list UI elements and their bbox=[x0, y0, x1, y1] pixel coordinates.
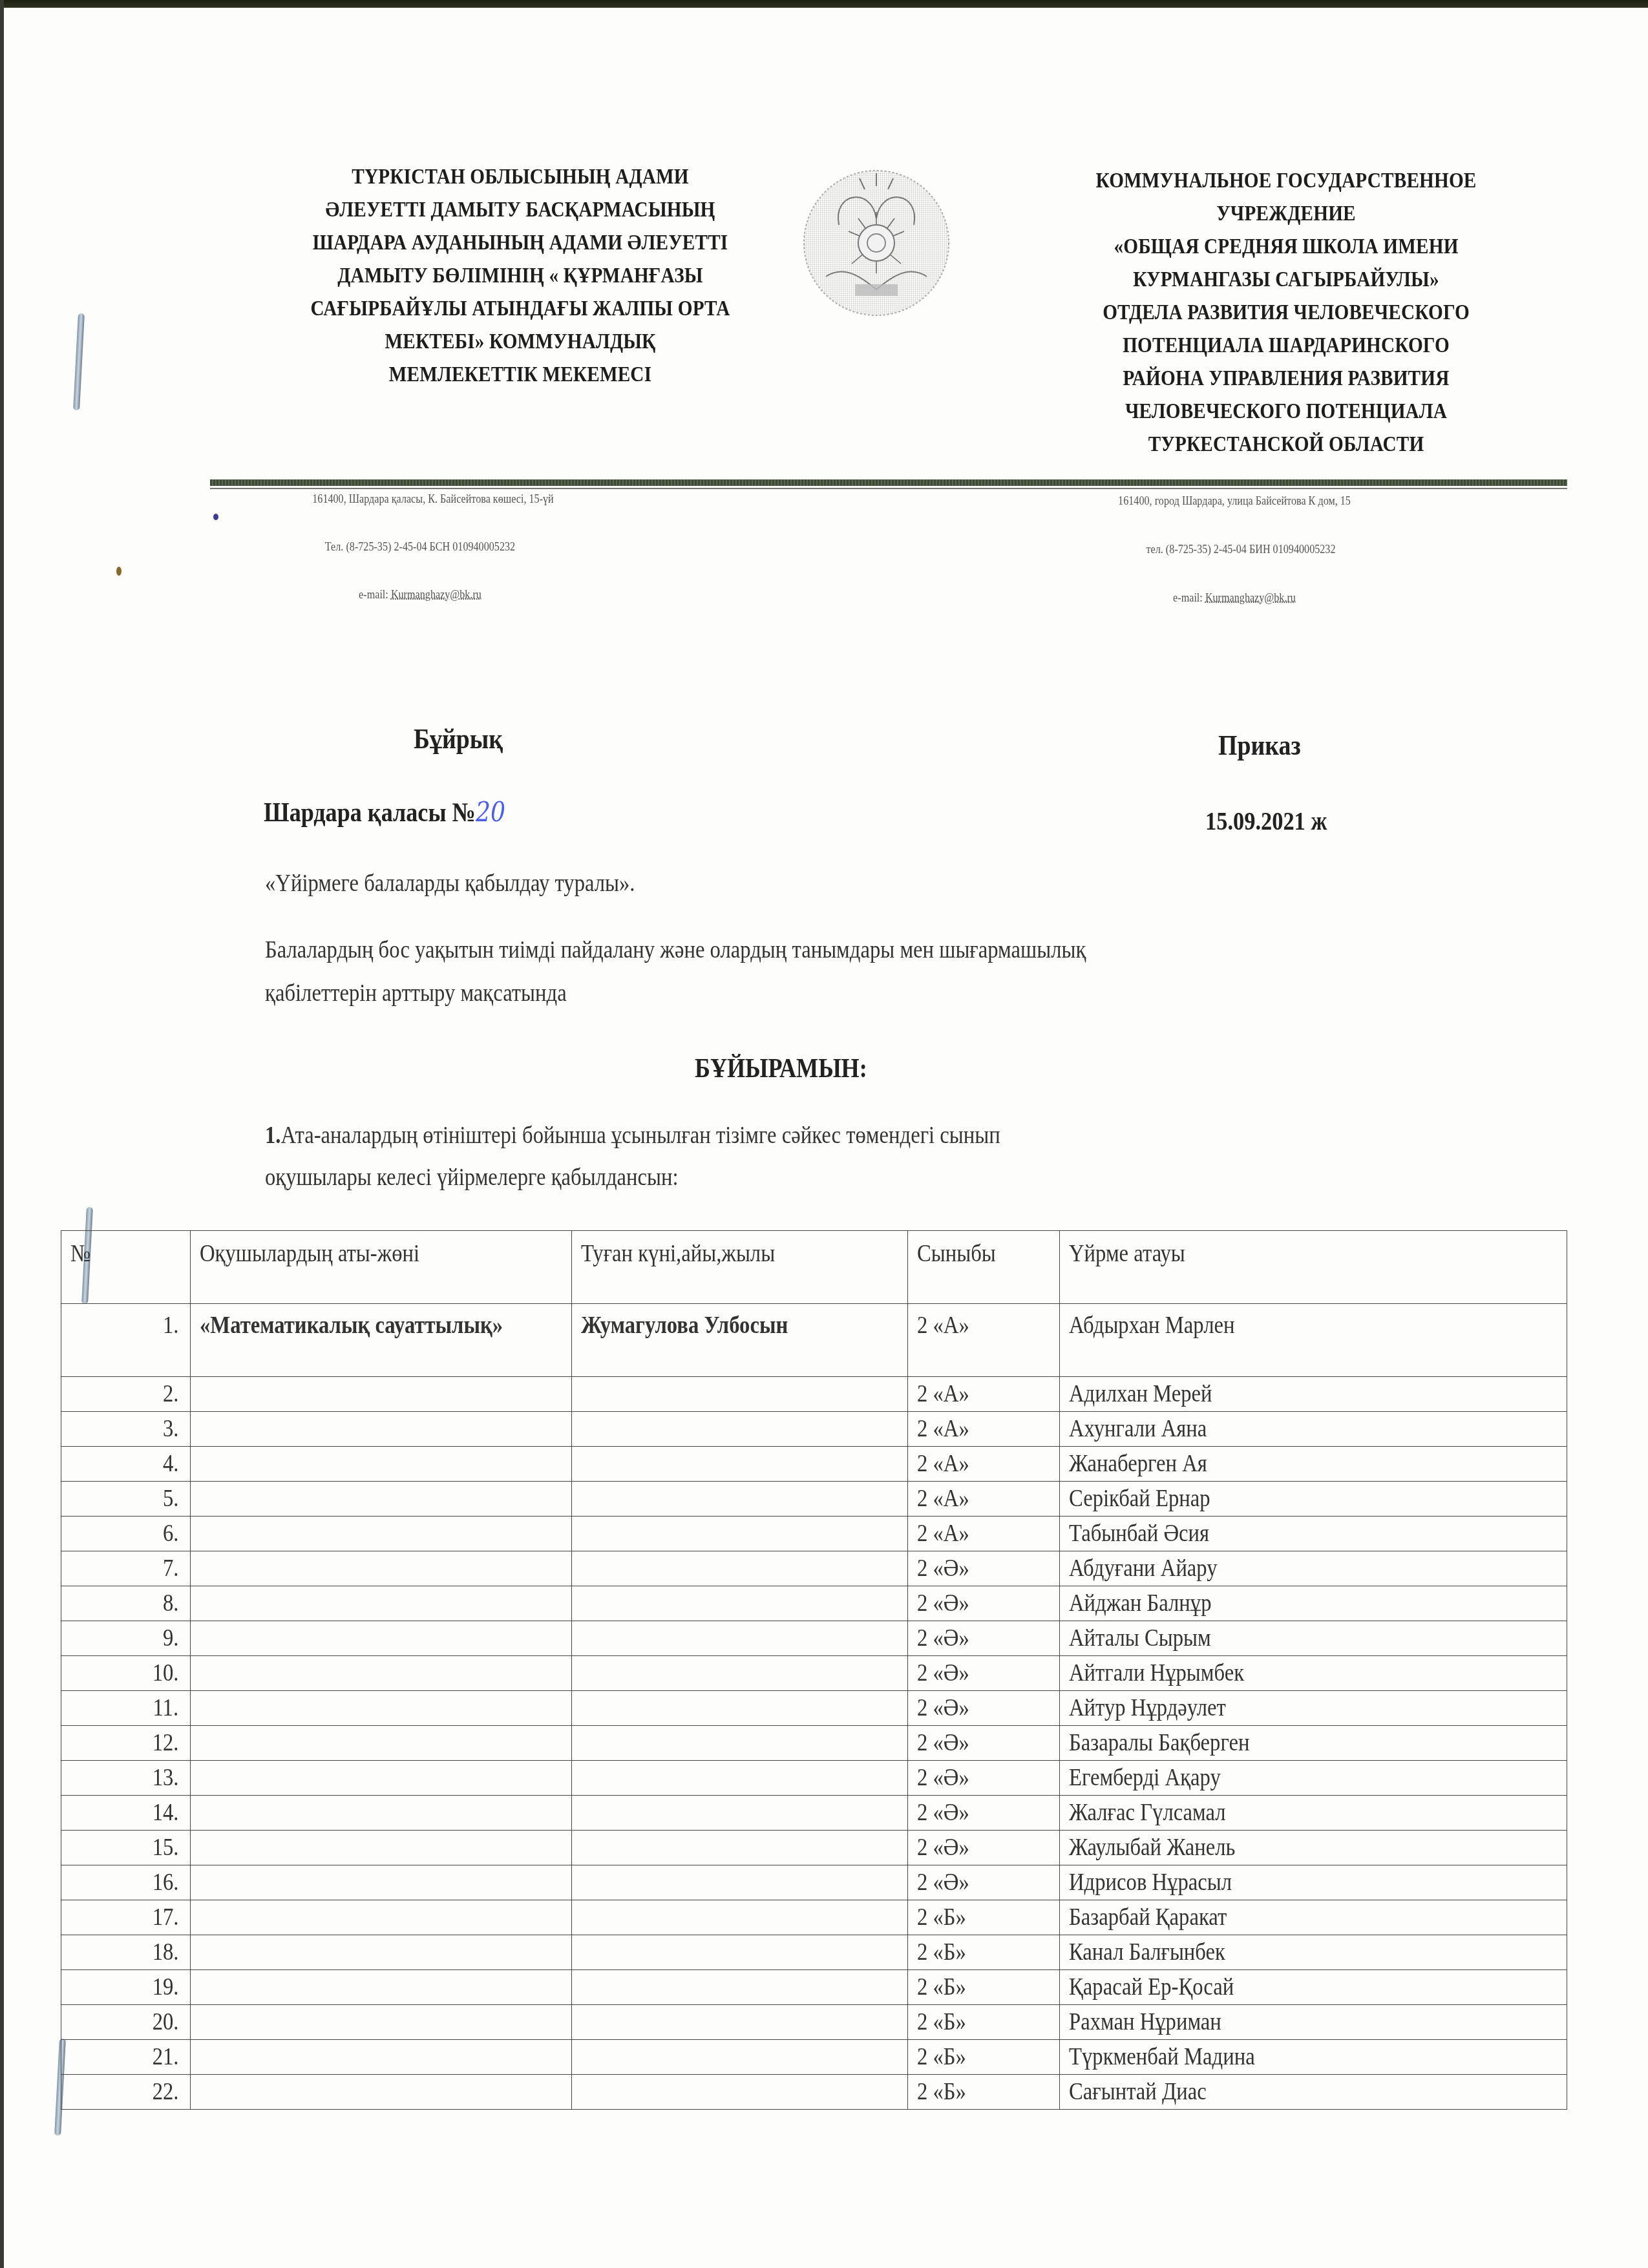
class-cell: 2 «Б» bbox=[908, 2005, 1060, 2040]
teacher-name-cell bbox=[572, 2075, 908, 2110]
row-number: 14. bbox=[61, 1796, 191, 1831]
club-title-cell bbox=[191, 1761, 572, 1796]
table-row: 10.2 «Ә»Айтгали Нұрымбек bbox=[61, 1656, 1567, 1691]
teacher-name-cell bbox=[572, 1656, 908, 1691]
club-title-cell bbox=[191, 1900, 572, 1935]
table-row: 6.2 «А»Табынбай Әсия bbox=[61, 1517, 1567, 1551]
row-number: 2. bbox=[61, 1377, 191, 1412]
class-cell: 2 «Ә» bbox=[908, 1865, 1060, 1900]
teacher-name-cell: Жумагулова Улбосын bbox=[572, 1304, 908, 1377]
header-student-name: Оқушылардың аты-жөні bbox=[191, 1231, 572, 1304]
club-title-cell bbox=[191, 1691, 572, 1726]
header-divider-thin bbox=[210, 488, 1567, 489]
email-link-left[interactable]: Kurmanghazy@bk.ru bbox=[391, 588, 481, 602]
phone-right: тел. (8-725-35) 2-45-04 БИН 010940005232 bbox=[1109, 543, 1373, 557]
class-cell: 2 «Б» bbox=[908, 1935, 1060, 1970]
club-title-cell bbox=[191, 2005, 572, 2040]
table-header-row: № Оқушылардың аты-жөні Туған күні,айы,жы… bbox=[61, 1231, 1567, 1304]
dirt-speck bbox=[116, 567, 121, 576]
row-number: 22. bbox=[61, 2075, 191, 2110]
teacher-name-cell bbox=[572, 1412, 908, 1447]
table-row: 9.2 «Ә»Айталы Сырым bbox=[61, 1621, 1567, 1656]
org-name-russian: КОММУНАЛЬНОЕ ГОСУДАРСТВЕННОЕ УЧРЕЖДЕНИЕ … bbox=[1008, 164, 1564, 461]
table-row: 21.2 «Б»Түркменбай Мадина bbox=[61, 2040, 1567, 2075]
teacher-name-cell bbox=[572, 2040, 908, 2075]
class-cell: 2 «Б» bbox=[908, 2040, 1060, 2075]
student-name-cell: Канал Балғынбек bbox=[1060, 1935, 1567, 1970]
org-name-kazakh: ТҮРКІСТАН ОБЛЫСЫНЫҢ АДАМИ ӘЛЕУЕТТІ ДАМЫТ… bbox=[257, 160, 785, 391]
row-number: 13. bbox=[61, 1761, 191, 1796]
handwritten-order-number: 20 bbox=[476, 796, 505, 828]
class-cell: 2 «Ә» bbox=[908, 1761, 1060, 1796]
email-link-right[interactable]: Kurmanghazy@bk.ru bbox=[1205, 591, 1296, 605]
club-title-cell bbox=[191, 1482, 572, 1517]
row-number: 21. bbox=[61, 2040, 191, 2075]
ink-speck bbox=[213, 514, 218, 520]
class-cell: 2 «А» bbox=[908, 1482, 1060, 1517]
club-title-cell bbox=[191, 2075, 572, 2110]
class-cell: 2 «Ә» bbox=[908, 1551, 1060, 1586]
teacher-name-cell bbox=[572, 1761, 908, 1796]
class-cell: 2 «А» bbox=[908, 1412, 1060, 1447]
teacher-name-cell bbox=[572, 1726, 908, 1761]
row-number: 11. bbox=[61, 1691, 191, 1726]
address-left: 161400, Шардара қаласы, К. Байсейтова кө… bbox=[279, 492, 587, 507]
class-cell: 2 «Б» bbox=[908, 2075, 1060, 2110]
student-name-cell: Қарасай Ер-Қосай bbox=[1060, 1970, 1567, 2005]
header-number: № bbox=[61, 1231, 191, 1304]
class-cell: 2 «А» bbox=[908, 1517, 1060, 1551]
student-name-cell: Серікбай Ернар bbox=[1060, 1482, 1567, 1517]
row-number: 6. bbox=[61, 1517, 191, 1551]
row-number: 12. bbox=[61, 1726, 191, 1761]
student-name-cell: Айтгали Нұрымбек bbox=[1060, 1656, 1567, 1691]
teacher-name-cell bbox=[572, 1691, 908, 1726]
teacher-name-cell bbox=[572, 1586, 908, 1621]
table-row: 3.2 «А»Ахунгали Аяна bbox=[61, 1412, 1567, 1447]
student-name-cell: Егемберді Ақару bbox=[1060, 1761, 1567, 1796]
teacher-name-cell bbox=[572, 1482, 908, 1517]
email-left: e-mail: Kurmanghazy@bk.ru bbox=[294, 588, 547, 602]
class-cell: 2 «Ә» bbox=[908, 1726, 1060, 1761]
class-cell: 2 «Ә» bbox=[908, 1586, 1060, 1621]
class-cell: 2 «А» bbox=[908, 1377, 1060, 1412]
student-name-cell: Сағынтай Диас bbox=[1060, 2075, 1567, 2110]
club-title-cell bbox=[191, 1831, 572, 1865]
club-title-cell bbox=[191, 1447, 572, 1482]
row-number: 1. bbox=[61, 1304, 191, 1377]
class-cell: 2 «А» bbox=[908, 1304, 1060, 1377]
table-row: 22.2 «Б»Сағынтай Диас bbox=[61, 2075, 1567, 2110]
table-row: 17.2 «Б»Базарбай Қаракат bbox=[61, 1900, 1567, 1935]
item-1-line-2: оқушылары келесі үйірмелерге қабылдансын… bbox=[265, 1163, 679, 1192]
student-name-cell: Адилхан Мерей bbox=[1060, 1377, 1567, 1412]
address-right: 161400, город Шардара, улица Байсейтова … bbox=[1075, 494, 1394, 509]
decree-heading: БҰЙЫРАМЫН: bbox=[695, 1053, 867, 1084]
order-subject: «Үйірмеге балаларды қабылдау туралы». bbox=[265, 869, 635, 898]
student-name-cell: Жанаберген Ая bbox=[1060, 1447, 1567, 1482]
row-number: 16. bbox=[61, 1865, 191, 1900]
students-table: № Оқушылардың аты-жөні Туған күні,айы,жы… bbox=[61, 1230, 1567, 2110]
header-divider-thick bbox=[210, 479, 1567, 486]
student-name-cell: Абдуғани Айару bbox=[1060, 1551, 1567, 1586]
order-date: 15.09.2021 ж bbox=[1205, 806, 1327, 836]
staple-mark bbox=[73, 313, 85, 410]
preamble-line-2: қабілеттерін арттыру мақсатында bbox=[265, 979, 567, 1007]
table-row: 13.2 «Ә»Егемберді Ақару bbox=[61, 1761, 1567, 1796]
student-name-cell: Абдырхан Марлен bbox=[1060, 1304, 1567, 1377]
teacher-name-cell bbox=[572, 1447, 908, 1482]
table-row: 19.2 «Б»Қарасай Ер-Қосай bbox=[61, 1970, 1567, 2005]
row-number: 10. bbox=[61, 1656, 191, 1691]
table-row: 15.2 «Ә»Жаулыбай Жанель bbox=[61, 1831, 1567, 1865]
club-title-cell bbox=[191, 1586, 572, 1621]
teacher-name-cell bbox=[572, 1935, 908, 1970]
row-number: 9. bbox=[61, 1621, 191, 1656]
class-cell: 2 «Б» bbox=[908, 1900, 1060, 1935]
state-emblem-icon bbox=[800, 167, 953, 319]
class-cell: 2 «А» bbox=[908, 1447, 1060, 1482]
club-title-cell bbox=[191, 1656, 572, 1691]
scan-edge-top bbox=[0, 0, 1648, 8]
student-name-cell: Айджан Балнұр bbox=[1060, 1586, 1567, 1621]
student-name-cell: Жалғас Гүлсамал bbox=[1060, 1796, 1567, 1831]
row-number: 15. bbox=[61, 1831, 191, 1865]
class-cell: 2 «Ә» bbox=[908, 1796, 1060, 1831]
class-cell: 2 «Ә» bbox=[908, 1621, 1060, 1656]
student-name-cell: Базаралы Бақберген bbox=[1060, 1726, 1567, 1761]
class-cell: 2 «Ә» bbox=[908, 1691, 1060, 1726]
student-name-cell: Айтур Нұрдәулет bbox=[1060, 1691, 1567, 1726]
header-birth-date: Туған күні,айы,жылы bbox=[572, 1231, 908, 1304]
teacher-name-cell bbox=[572, 1900, 908, 1935]
club-title-cell bbox=[191, 1970, 572, 2005]
header-club-name: Үйрме атауы bbox=[1060, 1231, 1567, 1304]
club-title-cell bbox=[191, 1865, 572, 1900]
student-name-cell: Жаулыбай Жанель bbox=[1060, 1831, 1567, 1865]
teacher-name-cell bbox=[572, 1551, 908, 1586]
class-cell: 2 «Б» bbox=[908, 1970, 1060, 2005]
email-right: e-mail: Kurmanghazy@bk.ru bbox=[1119, 591, 1350, 605]
item-1-line-1: 1.Ата-аналардың өтініштері бойынша ұсыны… bbox=[265, 1121, 1000, 1150]
table-row: 14.2 «Ә»Жалғас Гүлсамал bbox=[61, 1796, 1567, 1831]
teacher-name-cell bbox=[572, 1970, 908, 2005]
order-place-number: Шардара қаласы №20 bbox=[264, 796, 505, 828]
student-name-cell: Базарбай Қаракат bbox=[1060, 1900, 1567, 1935]
row-number: 20. bbox=[61, 2005, 191, 2040]
row-number: 4. bbox=[61, 1447, 191, 1482]
student-name-cell: Идрисов Нұрасыл bbox=[1060, 1865, 1567, 1900]
table-row: 8.2 «Ә»Айджан Балнұр bbox=[61, 1586, 1567, 1621]
header-class: Сыныбы bbox=[908, 1231, 1060, 1304]
table-row: 4.2 «А»Жанаберген Ая bbox=[61, 1447, 1567, 1482]
teacher-name-cell bbox=[572, 1831, 908, 1865]
class-cell: 2 «Ә» bbox=[908, 1831, 1060, 1865]
class-cell: 2 «Ә» bbox=[908, 1656, 1060, 1691]
teacher-name-cell bbox=[572, 1865, 908, 1900]
club-title-cell bbox=[191, 1412, 572, 1447]
club-title-cell bbox=[191, 1935, 572, 1970]
club-title-cell bbox=[191, 1726, 572, 1761]
teacher-name-cell bbox=[572, 2005, 908, 2040]
student-name-cell: Табынбай Әсия bbox=[1060, 1517, 1567, 1551]
teacher-name-cell bbox=[572, 1796, 908, 1831]
row-number: 18. bbox=[61, 1935, 191, 1970]
student-name-cell: Түркменбай Мадина bbox=[1060, 2040, 1567, 2075]
table-row: 18.2 «Б»Канал Балғынбек bbox=[61, 1935, 1567, 1970]
club-title-cell bbox=[191, 1377, 572, 1412]
preamble-line-1: Балалардың бос уақытын тиімді пайдалану … bbox=[265, 936, 1086, 964]
scan-edge-left bbox=[0, 0, 4, 2268]
order-title-kazakh: Бұйрық bbox=[414, 722, 503, 755]
row-number: 7. bbox=[61, 1551, 191, 1586]
table-row: 7.2 «Ә»Абдуғани Айару bbox=[61, 1551, 1567, 1586]
table-row: 5.2 «А»Серікбай Ернар bbox=[61, 1482, 1567, 1517]
student-name-cell: Рахман Нұриман bbox=[1060, 2005, 1567, 2040]
table-row: 11.2 «Ә»Айтур Нұрдәулет bbox=[61, 1691, 1567, 1726]
teacher-name-cell bbox=[572, 1377, 908, 1412]
table-row: 1. «Математикалық сауаттылық» Жумагулова… bbox=[61, 1304, 1567, 1377]
table-row: 20.2 «Б»Рахман Нұриман bbox=[61, 2005, 1567, 2040]
student-name-cell: Ахунгали Аяна bbox=[1060, 1412, 1567, 1447]
phone-left: Тел. (8-725-35) 2-45-04 БСН 010940005232 bbox=[294, 540, 547, 554]
club-title-cell bbox=[191, 1551, 572, 1586]
table-row: 16.2 «Ә»Идрисов Нұрасыл bbox=[61, 1865, 1567, 1900]
table-row: 12.2 «Ә»Базаралы Бақберген bbox=[61, 1726, 1567, 1761]
club-title-cell: «Математикалық сауаттылық» bbox=[191, 1304, 572, 1377]
order-title-russian: Приказ bbox=[1218, 729, 1301, 762]
row-number: 5. bbox=[61, 1482, 191, 1517]
teacher-name-cell bbox=[572, 1621, 908, 1656]
club-title-cell bbox=[191, 1796, 572, 1831]
table-row: 2.2 «А»Адилхан Мерей bbox=[61, 1377, 1567, 1412]
row-number: 19. bbox=[61, 1970, 191, 2005]
club-title-cell bbox=[191, 2040, 572, 2075]
row-number: 8. bbox=[61, 1586, 191, 1621]
row-number: 17. bbox=[61, 1900, 191, 1935]
row-number: 3. bbox=[61, 1412, 191, 1447]
student-name-cell: Айталы Сырым bbox=[1060, 1621, 1567, 1656]
teacher-name-cell bbox=[572, 1517, 908, 1551]
club-title-cell bbox=[191, 1621, 572, 1656]
club-title-cell bbox=[191, 1517, 572, 1551]
